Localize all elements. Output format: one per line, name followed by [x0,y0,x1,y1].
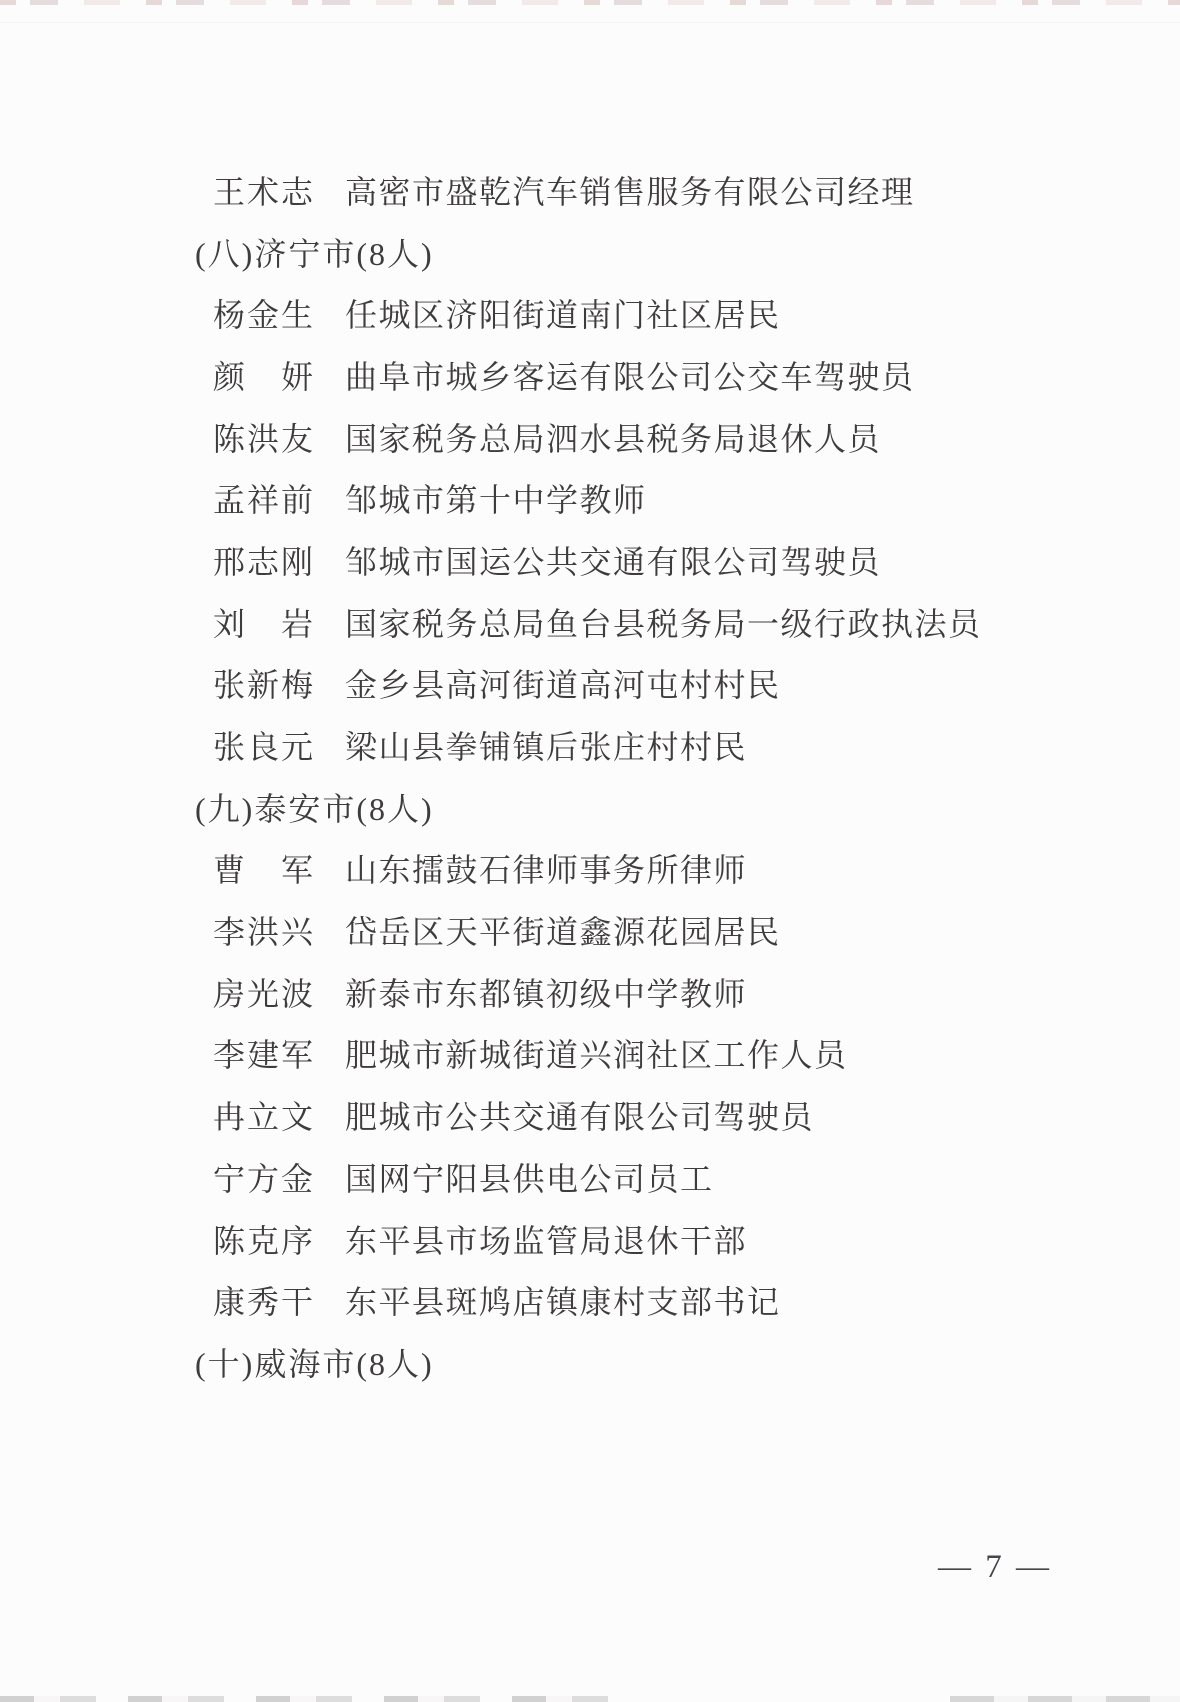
honoree-row: 张新梅 金乡县高河街道高河屯村村民 [0,653,1180,715]
honoree-title: 金乡县高河街道高河屯村村民 [345,660,781,706]
honoree-title: 东平县市场监管局退休干部 [345,1216,747,1262]
honoree-row: 李建军 肥城市新城街道兴润社区工作人员 [0,1023,1180,1085]
honoree-row: 张良元 梁山县拳铺镇后张庄村村民 [0,714,1180,776]
honoree-row: 陈洪友 国家税务总局泗水县税务局退休人员 [0,406,1180,468]
page-number: — 7 — [900,1549,1090,1586]
honoree-title: 东平县斑鸠店镇康村支部书记 [345,1277,781,1323]
honoree-row: 冉立文 肥城市公共交通有限公司驾驶员 [0,1084,1180,1146]
honoree-title: 肥城市新城街道兴润社区工作人员 [345,1030,848,1076]
honoree-title: 国家税务总局泗水县税务局退休人员 [345,414,881,460]
honoree-name: 李洪兴 [213,907,315,953]
honoree-row: 李洪兴 岱岳区天平街道鑫源花园居民 [0,899,1180,961]
honoree-name: 房光波 [213,969,315,1015]
honoree-row: 杨金生 任城区济阳街道南门社区居民 [0,282,1180,344]
honoree-name: 曹 军 [213,845,315,891]
honoree-name: 颜 妍 [213,352,315,398]
honoree-name: 康秀干 [213,1277,315,1323]
honoree-row: 宁方金 国网宁阳县供电公司员工 [0,1146,1180,1208]
honoree-title: 肥城市公共交通有限公司驾驶员 [345,1092,814,1138]
honoree-title: 新泰市东都镇初级中学教师 [345,969,747,1015]
honoree-name: 冉立文 [213,1092,315,1138]
scan-artifact-bottom-right [950,1696,1180,1702]
honoree-name: 孟祥前 [213,475,315,521]
honoree-title: 邹城市国运公共交通有限公司驾驶员 [345,537,881,583]
honoree-title: 曲阜市城乡客运有限公司公交车驾驶员 [345,352,915,398]
scan-artifact-bottom-left [0,1696,640,1702]
honoree-name: 邢志刚 [213,537,315,583]
honoree-name: 杨金生 [213,290,315,336]
honoree-name: 李建军 [213,1030,315,1076]
honoree-row: 康秀干 东平县斑鸠店镇康村支部书记 [0,1269,1180,1331]
section-heading: (九)泰安市(8人) [0,776,1180,838]
honoree-row: 刘 岩 国家税务总局鱼台县税务局一级行政执法员 [0,591,1180,653]
section-label: (十)威海市(8人) [195,1339,434,1385]
honoree-title: 国网宁阳县供电公司员工 [345,1154,714,1200]
honoree-name: 陈克序 [213,1216,315,1262]
honoree-name: 张新梅 [213,660,315,706]
honoree-name: 宁方金 [213,1154,315,1200]
scan-fold-line [0,22,1180,23]
scan-artifact-top [0,0,1180,5]
scanned-document-page: 王术志 高密市盛乾汽车销售服务有限公司经理 (八)济宁市(8人) 杨金生 任城区… [0,0,1180,1702]
honoree-name: 陈洪友 [213,414,315,460]
document-body: 王术志 高密市盛乾汽车销售服务有限公司经理 (八)济宁市(8人) 杨金生 任城区… [0,159,1180,1393]
honoree-name: 张良元 [213,722,315,768]
honoree-title: 梁山县拳铺镇后张庄村村民 [345,722,747,768]
section-heading: (十)威海市(8人) [0,1331,1180,1393]
honoree-name: 王术志 [213,167,315,213]
honoree-title: 高密市盛乾汽车销售服务有限公司经理 [345,167,915,213]
honoree-row: 颜 妍 曲阜市城乡客运有限公司公交车驾驶员 [0,344,1180,406]
honoree-name: 刘 岩 [213,599,315,645]
honoree-row: 邢志刚 邹城市国运公共交通有限公司驾驶员 [0,529,1180,591]
honoree-row: 房光波 新泰市东都镇初级中学教师 [0,961,1180,1023]
honoree-title: 国家税务总局鱼台县税务局一级行政执法员 [345,599,982,645]
section-label: (九)泰安市(8人) [195,784,434,830]
section-heading: (八)济宁市(8人) [0,221,1180,283]
honoree-title: 山东擂鼓石律师事务所律师 [345,845,747,891]
honoree-row: 王术志 高密市盛乾汽车销售服务有限公司经理 [0,159,1180,221]
honoree-title: 任城区济阳街道南门社区居民 [345,290,781,336]
honoree-title: 岱岳区天平街道鑫源花园居民 [345,907,781,953]
section-label: (八)济宁市(8人) [195,229,434,275]
honoree-row: 孟祥前 邹城市第十中学教师 [0,467,1180,529]
honoree-row: 曹 军 山东擂鼓石律师事务所律师 [0,838,1180,900]
honoree-row: 陈克序 东平县市场监管局退休干部 [0,1208,1180,1270]
honoree-title: 邹城市第十中学教师 [345,475,647,521]
